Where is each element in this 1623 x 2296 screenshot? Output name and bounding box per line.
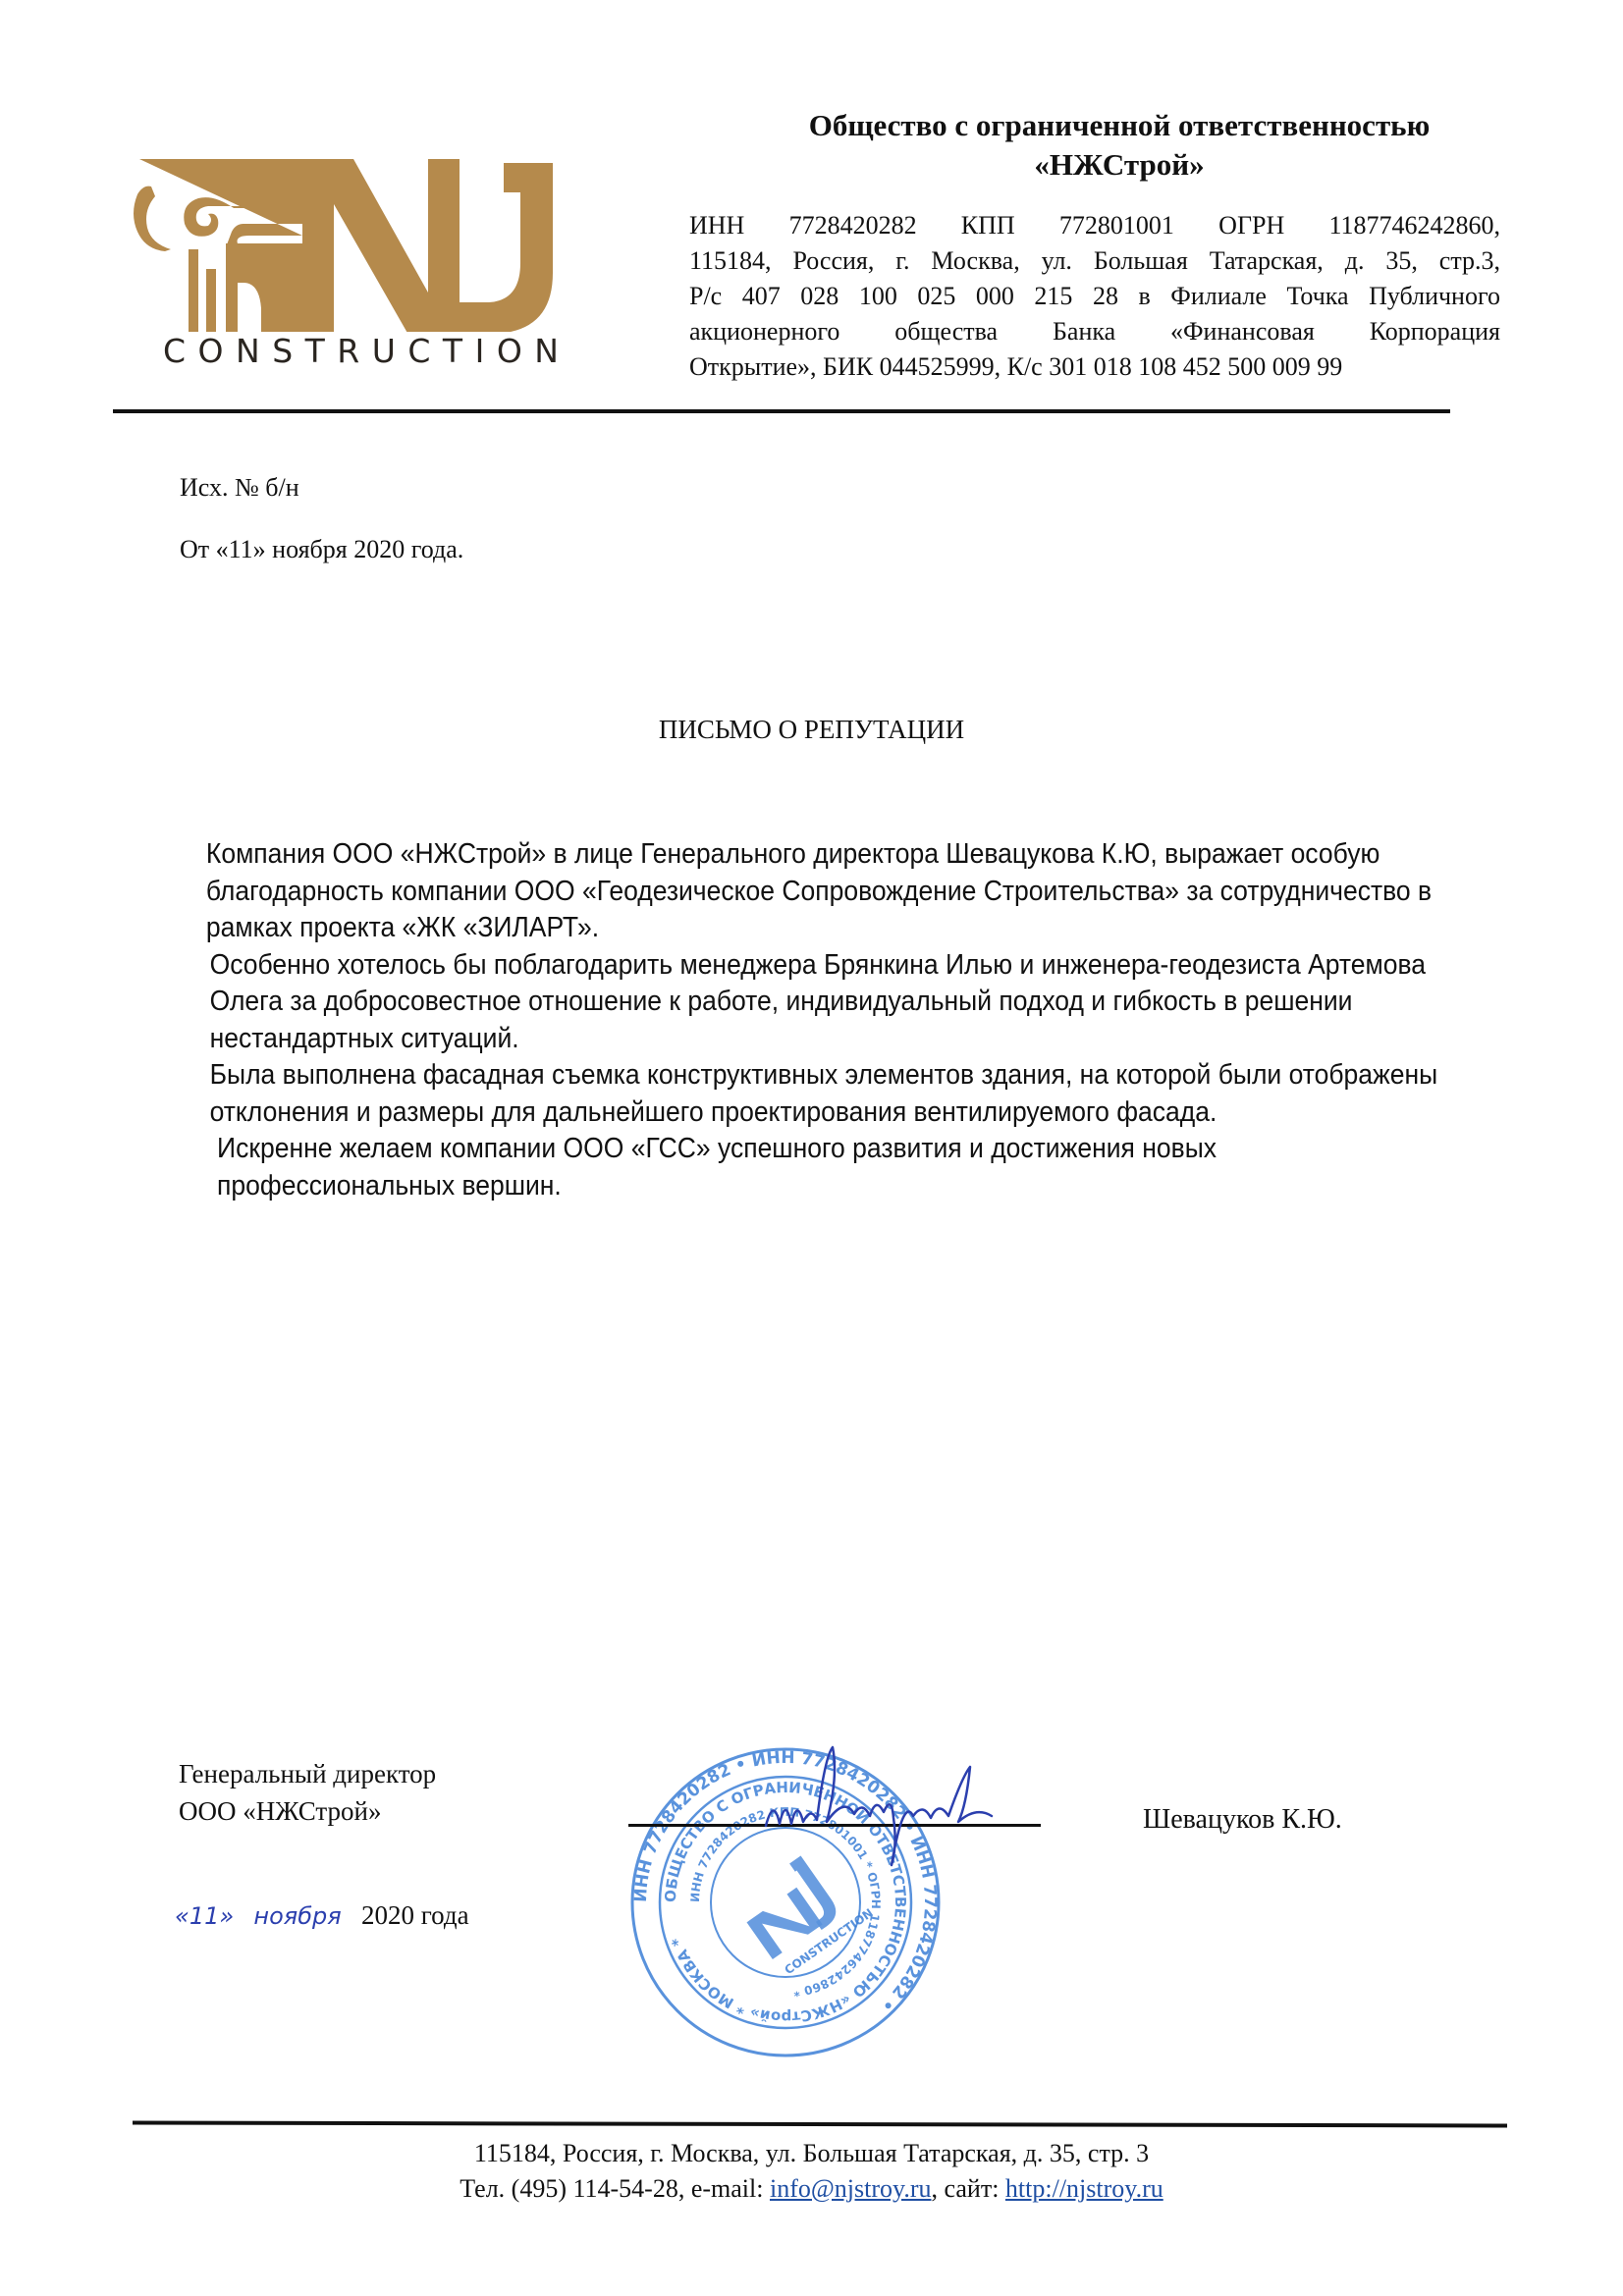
body-paragraph: Искренне желаем компании ООО «ГСС» успеш… [179, 1131, 1457, 1204]
header-divider [113, 409, 1450, 413]
website-link[interactable]: http://njstroy.ru [1005, 2174, 1163, 2203]
company-requisites: ИНН 7728420282 КПП 772801001 ОГРН 118774… [689, 208, 1500, 385]
requisites-line: ИНН 7728420282 КПП 772801001 ОГРН 118774… [689, 208, 1500, 243]
signer-position-line1: Генеральный директор [179, 1755, 436, 1792]
requisites-line: Открытие», БИК 044525999, К/с 301 018 10… [689, 349, 1500, 385]
logo-wordmark: CONSTRUCTION [163, 332, 570, 370]
letter-footer: 115184, Россия, г. Москва, ул. Большая Т… [0, 2136, 1623, 2207]
document-title: ПИСЬМО О РЕПУТАЦИИ [0, 715, 1623, 745]
nj-logo-mark-icon [116, 126, 558, 332]
handwritten-signature-icon [756, 1737, 1051, 1875]
requisites-line: 115184, Россия, г. Москва, ул. Большая Т… [689, 243, 1500, 279]
date-close-quote: » [219, 1902, 234, 1930]
date-open-quote: « [175, 1902, 189, 1930]
company-title-line1: Общество с ограниченной ответственностью [687, 106, 1551, 145]
date-year: 2020 года [361, 1900, 469, 1930]
footer-site-label: , сайт: [932, 2174, 1005, 2203]
company-title-line2: «НЖСтрой» [687, 145, 1551, 185]
letter-body: Компания ООО «НЖСтрой» в лице Генерально… [179, 836, 1457, 1204]
signer-position: Генеральный директор ООО «НЖСтрой» [179, 1755, 436, 1830]
signer-position-line2: ООО «НЖСтрой» [179, 1792, 436, 1830]
email-link[interactable]: info@njstroy.ru [770, 2174, 932, 2203]
company-logo: CONSTRUCTION [116, 126, 558, 371]
outgoing-number: Исх. № б/н [180, 473, 299, 503]
requisites-line: Р/с 407 028 100 025 000 215 28 в Филиале… [689, 279, 1500, 314]
footer-phone: Тел. (495) 114-54-28, e-mail: [460, 2174, 770, 2203]
date-month-handwritten: ноября [253, 1902, 341, 1930]
footer-divider [133, 2121, 1507, 2128]
body-paragraph: Особенно хотелось бы поблагодарить менед… [179, 947, 1457, 1058]
body-paragraph: Компания ООО «НЖСтрой» в лице Генерально… [179, 836, 1457, 947]
footer-address: 115184, Россия, г. Москва, ул. Большая Т… [0, 2136, 1623, 2171]
date-day-handwritten: 11 [189, 1902, 220, 1930]
letter-date: От «11» ноября 2020 года. [180, 535, 463, 564]
footer-contacts: Тел. (495) 114-54-28, e-mail: info@njstr… [0, 2171, 1623, 2207]
company-title: Общество с ограниченной ответственностью… [687, 106, 1551, 185]
body-paragraph: Была выполнена фасадная съемка конструкт… [179, 1057, 1457, 1131]
signer-name: Шевацуков К.Ю. [1143, 1804, 1342, 1836]
signature-date: «11» ноября 2020 года [175, 1900, 469, 1931]
requisites-line: акционерного общества Банка «Финансовая … [689, 314, 1500, 349]
